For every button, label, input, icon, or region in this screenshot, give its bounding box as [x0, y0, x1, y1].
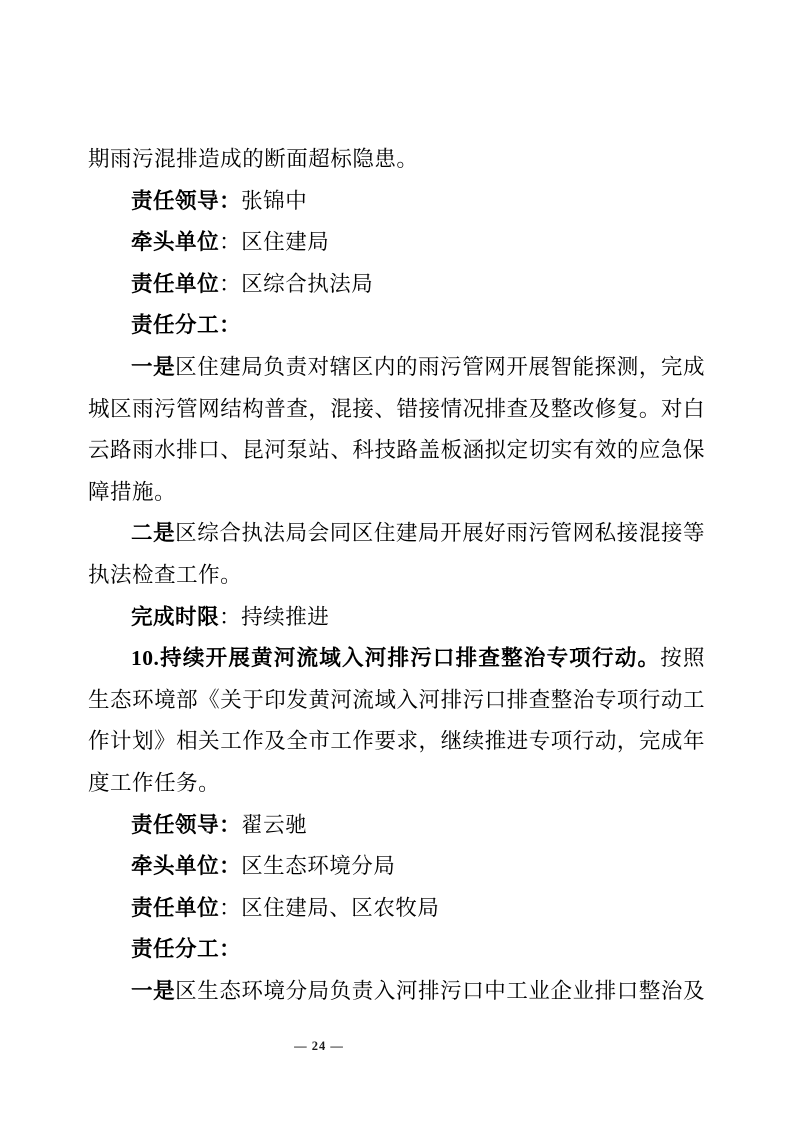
text-line: 二是区综合执法局会同区住建局开展好雨污管网私接混接等: [88, 513, 705, 555]
text-line: 期雨污混排造成的断面超标隐患。: [88, 139, 705, 181]
text-line: 障措施。: [88, 472, 705, 514]
field-label: 牵头单位：: [131, 854, 241, 878]
list-marker: 一是: [131, 355, 175, 379]
text-segment: 执法检查工作。: [88, 563, 242, 587]
text-line: 执法检查工作。: [88, 555, 705, 597]
field-value: ：持续推进: [219, 605, 329, 629]
item-heading: 持续开展黄河流域入河排污口排查整治专项行动。: [159, 646, 660, 670]
field-label: 牵头单位: [131, 230, 219, 254]
text-line: 责任单位：区综合执法局: [88, 264, 705, 306]
document-page: 期雨污混排造成的断面超标隐患。 责任领导：张锦中 牵头单位：区住建局 责任单位：…: [0, 0, 793, 1122]
text-line: 牵头单位：区住建局: [88, 222, 705, 264]
field-label: 责任领导：: [131, 813, 241, 837]
text-segment: 城区雨污管网结构普查，混接、错接情况排查及整改修复。对白: [88, 397, 705, 421]
text-segment: 期雨污混排造成的断面超标隐患。: [88, 147, 418, 171]
text-segment: 区综合执法局会同区住建局开展好雨污管网私接混接等: [175, 521, 705, 545]
field-value: 张锦中: [241, 189, 307, 213]
field-value: ：区住建局、区农牧局: [219, 896, 439, 920]
field-value: ：区住建局: [219, 230, 329, 254]
text-segment: 度工作任务。: [88, 771, 220, 795]
text-line: 作计划》相关工作及全市工作要求，继续推进专项行动，完成年: [88, 721, 705, 763]
text-line: 责任分工：: [88, 929, 705, 971]
item-number: 10.: [131, 646, 159, 670]
field-label: 完成时限: [131, 605, 219, 629]
text-segment: 障措施。: [88, 480, 176, 504]
text-segment: 按照: [660, 646, 705, 670]
field-label: 责任领导：: [131, 189, 241, 213]
text-line: 10.持续开展黄河流域入河排污口排查整治专项行动。按照: [88, 638, 705, 680]
text-segment: 作计划》相关工作及全市工作要求，继续推进专项行动，完成年: [88, 729, 705, 753]
list-marker: 二是: [131, 521, 175, 545]
field-label: 责任单位: [131, 272, 219, 296]
text-segment: 生态环境部《关于印发黄河流域入河排污口排查整治专项行动工: [88, 688, 705, 712]
list-marker: 一是: [131, 979, 175, 1003]
text-line: 完成时限：持续推进: [88, 597, 705, 639]
text-line: 生态环境部《关于印发黄河流域入河排污口排查整治专项行动工: [88, 680, 705, 722]
text-line: 度工作任务。: [88, 763, 705, 805]
field-label: 责任分工：: [131, 937, 241, 961]
text-line: 云路雨水排口、昆河泵站、科技路盖板涵拟定切实有效的应急保: [88, 430, 705, 472]
field-value: 区生态环境分局: [241, 854, 395, 878]
text-line: 城区雨污管网结构普查，混接、错接情况排查及整改修复。对白: [88, 389, 705, 431]
field-label: 责任分工：: [131, 313, 241, 337]
field-value: ：区综合执法局: [219, 272, 373, 296]
field-value: 翟云驰: [241, 813, 307, 837]
text-line: 一是区住建局负责对辖区内的雨污管网开展智能探测，完成: [88, 347, 705, 389]
text-line: 一是区生态环境分局负责入河排污口中工业企业排口整治及: [88, 971, 705, 1013]
text-segment: 云路雨水排口、昆河泵站、科技路盖板涵拟定切实有效的应急保: [88, 438, 705, 462]
text-segment: 区住建局负责对辖区内的雨污管网开展智能探测，完成: [175, 355, 705, 379]
text-line: 牵头单位：区生态环境分局: [88, 846, 705, 888]
text-segment: 区生态环境分局负责入河排污口中工业企业排口整治及: [175, 979, 705, 1003]
text-line: 责任单位：区住建局、区农牧局: [88, 888, 705, 930]
text-line: 责任分工：: [88, 305, 705, 347]
text-line: 责任领导：张锦中: [88, 181, 705, 223]
field-label: 责任单位: [131, 896, 219, 920]
page-number: — 24 —: [288, 1038, 350, 1054]
text-line: 责任领导：翟云驰: [88, 805, 705, 847]
document-body: 期雨污混排造成的断面超标隐患。 责任领导：张锦中 牵头单位：区住建局 责任单位：…: [88, 139, 705, 1012]
